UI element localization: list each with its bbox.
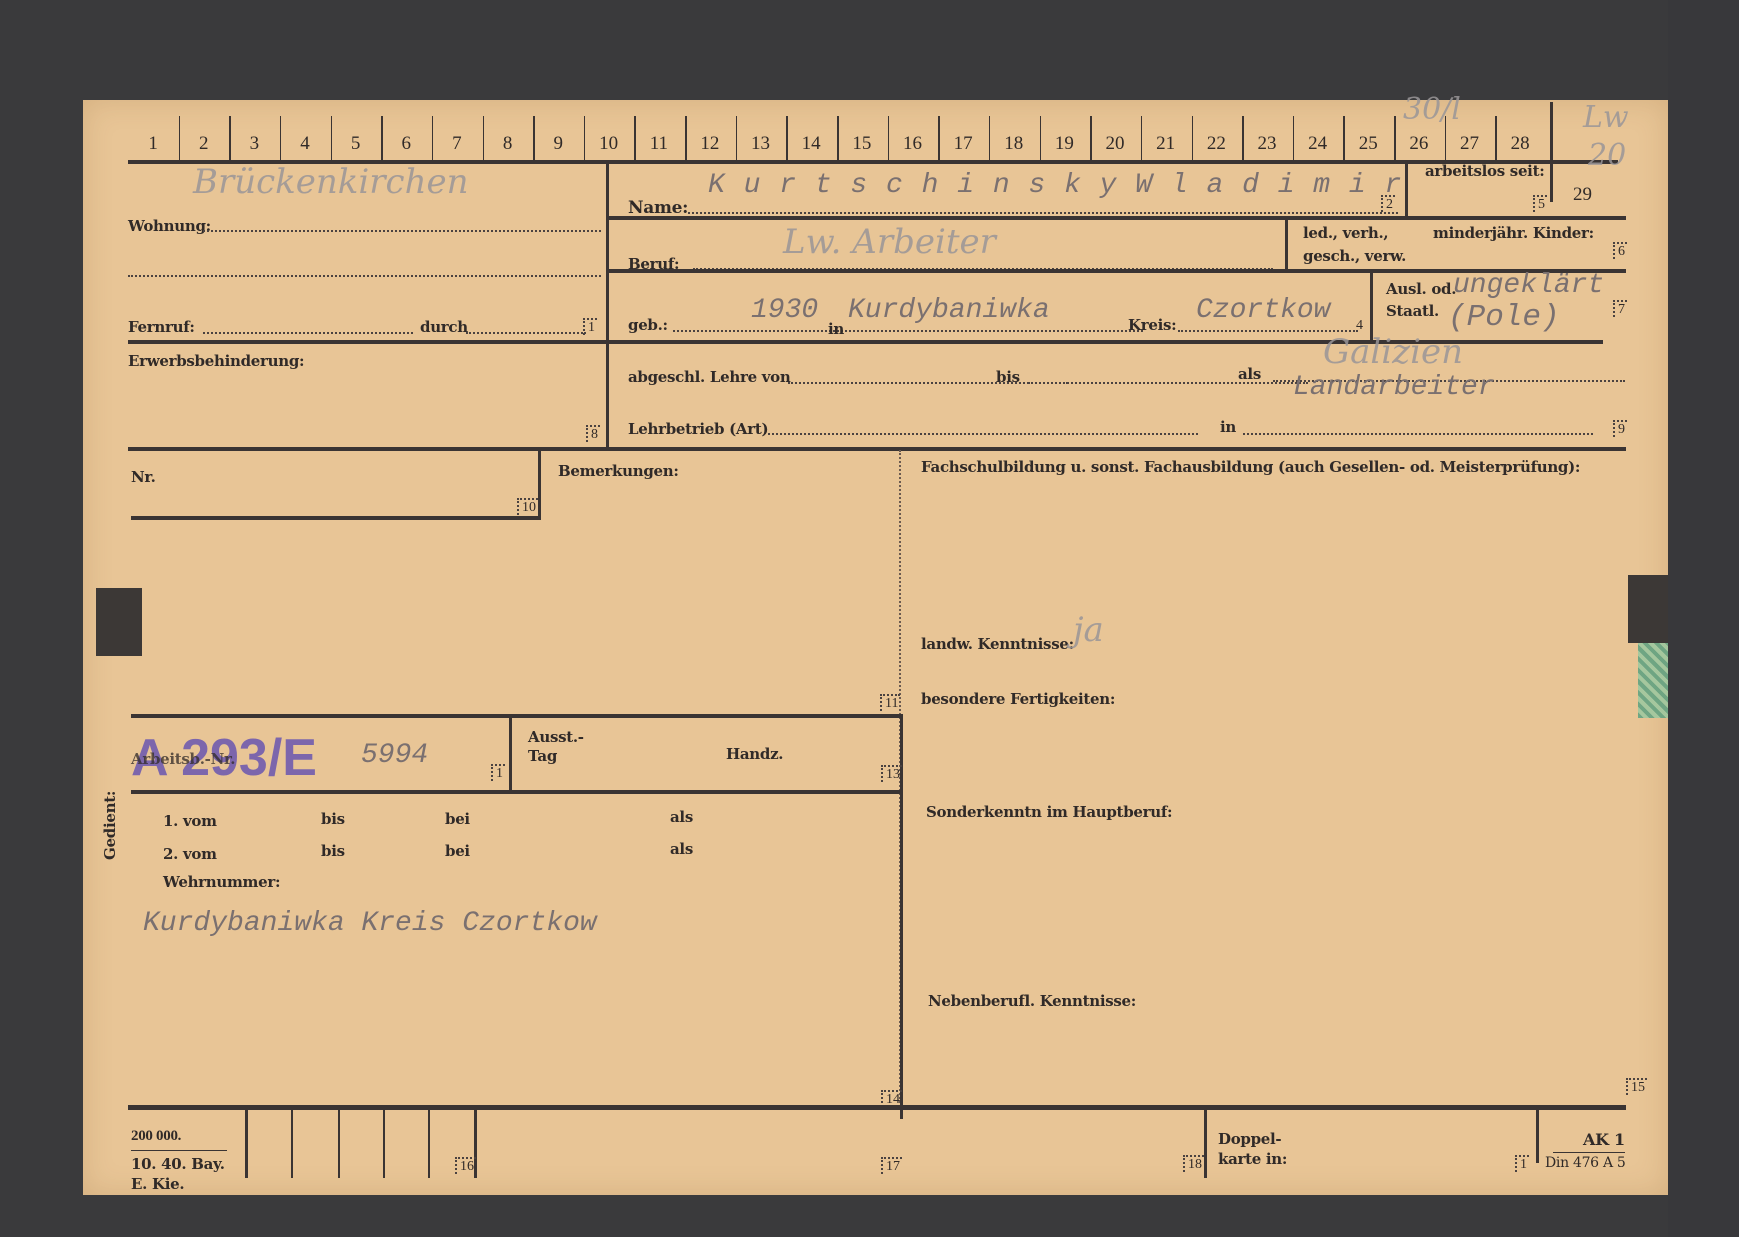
label-bei-1: bei (445, 810, 470, 828)
field-no-13: 13 (881, 765, 902, 782)
column-tick (533, 116, 535, 162)
label-lehre-als: als (1238, 365, 1261, 383)
column-number: 27 (1460, 133, 1479, 155)
label-sonderkenntn: Sonderkenntn im Hauptberuf: (926, 803, 1172, 821)
label-gedient: Gedient: (101, 791, 119, 860)
rule-name (606, 216, 1626, 220)
column-number: 25 (1359, 133, 1378, 155)
column-number: 18 (1004, 133, 1023, 155)
field-no-8: 8 (586, 425, 600, 442)
field-no-2: 2 (1381, 195, 1395, 212)
durch-field[interactable] (466, 332, 586, 334)
column-number: 17 (954, 133, 973, 155)
geb-place[interactable]: Kurdybaniwka (848, 295, 1050, 326)
name-field[interactable] (688, 212, 1398, 214)
bottom-divider-1 (245, 1108, 248, 1178)
column-tick (634, 116, 636, 162)
label-ausst-1: Ausst.- (528, 728, 584, 746)
form-code: AK 1 (1583, 1130, 1625, 1149)
registration-mark-left (96, 588, 142, 656)
wohnung-line-1[interactable] (203, 230, 601, 232)
field-no-1: 1 (583, 318, 597, 335)
column-tick (837, 116, 839, 162)
label-nebenberufl: Nebenberufl. Kenntnisse: (928, 992, 1136, 1010)
label-ausl-1: Ausl. od. (1386, 280, 1456, 298)
field-no-10: 10 (517, 498, 538, 515)
print-info-1: 200 000. (131, 1128, 181, 1145)
staatsangehoerigkeit-2[interactable]: (Pole) (1448, 300, 1560, 335)
label-durch: durch (420, 318, 468, 336)
bottom-tick-2 (338, 1108, 340, 1178)
arbeitsbuch-nr-value[interactable]: 5994 (361, 740, 428, 771)
wehr-place[interactable]: Kurdybaniwka Kreis Czortkow (143, 908, 597, 939)
wohnung-handwritten: Brückenkirchen (193, 162, 469, 202)
label-erwerbsbehinderung: Erwerbsbehinderung: (128, 352, 304, 370)
registration-mark-right (1628, 575, 1668, 643)
arbeitsbuch-field-no: 1 (491, 764, 505, 781)
bottom-divider-3 (1204, 1108, 1207, 1178)
ausst-divider (509, 714, 512, 794)
als-handwritten: Galizien (1323, 332, 1463, 372)
label-bis-1: bis (321, 810, 345, 828)
label-bei-2: bei (445, 842, 470, 860)
column-number: 9 (553, 133, 563, 155)
scan-background-right (1668, 0, 1739, 1237)
field-no-17: 17 (881, 1157, 902, 1174)
column-tick (786, 116, 788, 162)
column-number: 16 (903, 133, 922, 155)
beruf-handwritten: Lw. Arbeiter (783, 222, 996, 262)
left-block-divider (606, 163, 609, 449)
label-besondere: besondere Fertigkeiten: (921, 690, 1115, 708)
field-no-9: 9 (1613, 420, 1627, 437)
label-wohnung: Wohnung: (128, 217, 211, 235)
label-landw: landw. Kenntnisse: (921, 635, 1074, 653)
label-ausst-2: Tag (528, 747, 557, 765)
print-info-3: E. Kie. (131, 1175, 184, 1193)
print-info-rule (131, 1150, 227, 1151)
column-tick (1495, 116, 1497, 162)
column-tick (1040, 116, 1042, 162)
label-wehrnummer: Wehrnummer: (163, 873, 280, 891)
column-number: 5 (351, 133, 361, 155)
label-als-1: als (670, 808, 693, 826)
column-number: 1 (148, 133, 158, 155)
field-no-11: 11 (880, 694, 900, 711)
label-fachschul: Fachschulbildung u. sonst. Fachausbildun… (921, 458, 1580, 476)
column-number: 12 (700, 133, 719, 155)
label-familienstand-1: led., verh., (1303, 224, 1388, 242)
column-tick (938, 116, 940, 162)
column-tick (584, 116, 586, 162)
form-code-rule (1553, 1152, 1625, 1153)
name-value[interactable]: K u r t s c h i n s k y W l a d i m i r (708, 170, 1402, 201)
rule-arbeitsbuch-bottom (131, 790, 903, 794)
field-no-16: 16 (455, 1157, 476, 1174)
rule-lehrbetrieb (128, 447, 1626, 451)
label-vom-1: 1. vom (163, 812, 217, 830)
column-tick (1242, 116, 1244, 162)
lehrbetrieb-in-field[interactable] (1243, 433, 1593, 435)
label-geb: geb.: (628, 316, 668, 334)
kreis-value[interactable]: Czortkow (1196, 295, 1330, 326)
column-number: 20 (1106, 133, 1125, 155)
column-number: 10 (599, 133, 618, 155)
label-minderj-kinder: minderjähr. Kinder: (1433, 224, 1594, 242)
column-tick (888, 116, 890, 162)
field-no-15: 15 (1626, 1078, 1647, 1095)
field-no-19: 1 (1515, 1155, 1529, 1172)
column-tick (736, 116, 738, 162)
field-no-7: 7 (1613, 300, 1627, 317)
lehrbetrieb-field[interactable] (768, 433, 1198, 435)
column-number: 14 (802, 133, 821, 155)
geb-field[interactable] (673, 330, 1143, 332)
label-abgeschl-lehre: abgeschl. Lehre von (628, 368, 790, 386)
column-tick (1394, 116, 1396, 162)
nr-divider (538, 449, 541, 519)
fernruf-field[interactable] (203, 332, 413, 334)
lehre-bis-field[interactable] (1028, 382, 1308, 384)
column-number: 2 (199, 133, 209, 155)
column-tick (1293, 116, 1295, 162)
bottom-divider-4 (1536, 1108, 1539, 1163)
column-tick (685, 116, 687, 162)
bottom-tick-4 (428, 1108, 430, 1178)
field-no-4: 4 (1353, 318, 1365, 333)
column-29: 29 (1573, 184, 1592, 206)
registration-card: 1234567891011121314151617181920212223242… (83, 100, 1668, 1195)
label-name: Name: (628, 198, 688, 218)
label-nr: Nr. (131, 468, 156, 486)
column-number: 21 (1156, 133, 1175, 155)
rule-bottom (128, 1105, 1626, 1110)
column-number: 3 (250, 133, 260, 155)
column-tick (280, 116, 282, 162)
geb-year[interactable]: 1930 (751, 295, 818, 326)
field-no-6: 6 (1613, 242, 1627, 259)
beruf-divider (1285, 218, 1288, 271)
bottom-tick-3 (383, 1108, 385, 1178)
label-bis-2: bis (321, 842, 345, 860)
label-vom-2: 2. vom (163, 845, 217, 863)
label-ausl-2: Staatl. (1386, 302, 1439, 320)
din-code: Din 476 A 5 (1545, 1155, 1626, 1171)
column-number: 13 (751, 133, 770, 155)
label-fernruf: Fernruf: (128, 318, 195, 336)
bottom-tick-1 (291, 1108, 293, 1178)
rule-nr (131, 516, 541, 520)
staatsangehoerigkeit-1[interactable]: ungeklärt (1453, 270, 1604, 301)
column-tick (381, 116, 383, 162)
column-number: 6 (402, 133, 412, 155)
column-number: 24 (1308, 133, 1327, 155)
column-number: 23 (1257, 133, 1276, 155)
column-number: 7 (452, 133, 462, 155)
label-lehrbetrieb: Lehrbetrieb (Art) (628, 420, 768, 438)
column-number: 11 (650, 133, 668, 155)
column-number: 26 (1409, 133, 1428, 155)
column-tick (1343, 116, 1345, 162)
als-typed[interactable]: Landarbeiter (1293, 372, 1495, 403)
label-kreis: Kreis: (1128, 316, 1176, 334)
label-familienstand-2: gesch., verw. (1303, 247, 1406, 265)
lehre-von-field[interactable] (788, 382, 1068, 384)
print-info-2: 10. 40. Bay. (131, 1155, 225, 1173)
rule-arbeitsbuch-top (131, 714, 903, 718)
label-arbeitsbuch-nr: Arbeitsb.-Nr. (131, 750, 235, 768)
wohnung-line-2[interactable] (128, 275, 601, 277)
corner-note-2: 20 (1588, 138, 1626, 173)
column-number: 15 (852, 133, 871, 155)
column-number: 8 (503, 133, 513, 155)
column-number: 4 (300, 133, 310, 155)
label-lehre-bis: bis (996, 368, 1020, 386)
label-geb-in: in (828, 320, 844, 338)
column-tick (229, 116, 231, 162)
column-tick (331, 116, 333, 162)
landw-handwritten: ja (1073, 610, 1104, 650)
column-tick (432, 116, 434, 162)
column-number: 19 (1055, 133, 1074, 155)
label-lehrbetrieb-in: in (1220, 418, 1236, 436)
green-tab-marker (1638, 643, 1668, 718)
col29-divider (1550, 102, 1553, 202)
column-number: 28 (1511, 133, 1530, 155)
column-tick (1192, 116, 1194, 162)
label-handz: Handz. (726, 745, 783, 763)
label-arbeitslos-seit: arbeitslos seit: (1425, 162, 1544, 180)
label-doppelkarte-1: Doppel- (1218, 1130, 1281, 1148)
column-tick (1090, 116, 1092, 162)
column-tick (1141, 116, 1143, 162)
top-note-handwritten: 30/l (1403, 92, 1461, 127)
label-bemerkungen: Bemerkungen: (558, 462, 679, 480)
column-number: 22 (1207, 133, 1226, 155)
name-divider (1405, 163, 1408, 218)
corner-note-1: Lw (1583, 100, 1629, 135)
label-doppelkarte-2: karte in: (1218, 1150, 1287, 1168)
field-no-5: 5 (1533, 195, 1547, 212)
field-no-18: 18 (1183, 1155, 1204, 1172)
column-tick (179, 116, 181, 162)
label-als-2: als (670, 840, 693, 858)
column-tick (989, 116, 991, 162)
column-tick (483, 116, 485, 162)
